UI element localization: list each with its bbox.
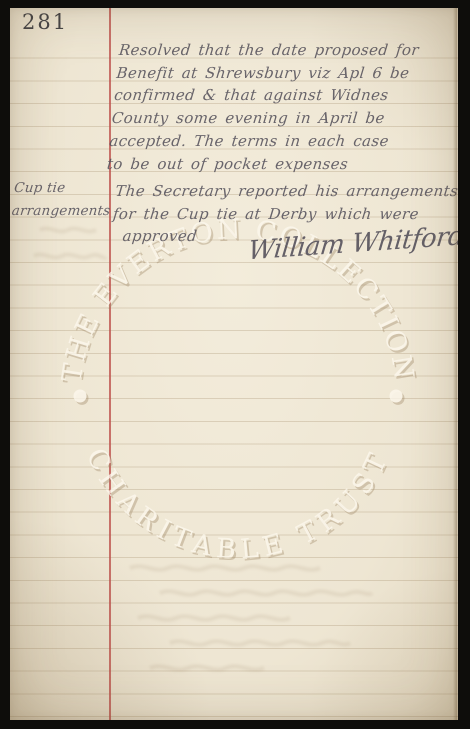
scan-black-frame: THE EVERTON COLLECTION CHARITABLE TRUST … <box>0 0 470 729</box>
seal-right-dot-icon <box>390 390 403 403</box>
red-margin-line <box>109 8 111 720</box>
page-number: 281 <box>22 10 68 34</box>
svg-text:CHARITABLE TRUST: CHARITABLE TRUST <box>82 446 398 568</box>
svg-text:CHARITABLE TRUST: CHARITABLE TRUST <box>80 444 396 566</box>
seal-left-dot-icon <box>74 390 87 403</box>
handwritten-line: for the Cup tie at Derby which were <box>112 203 444 226</box>
minute-entry-benefit-dates: Resolved that the date proposed for Bene… <box>106 39 450 175</box>
margin-note-line: Cup tie <box>13 177 115 200</box>
embossed-seal-text: THE EVERTON COLLECTION CHARITABLE TRUST … <box>56 214 421 568</box>
handwritten-line: Benefit at Shrewsbury viz Apl 6 be <box>115 62 447 85</box>
handwritten-line: Resolved that the date proposed for <box>118 39 450 62</box>
page-edge-shadow <box>453 8 457 720</box>
minute-book-page: THE EVERTON COLLECTION CHARITABLE TRUST … <box>10 8 458 720</box>
margin-note-line: arrangements <box>11 200 113 223</box>
margin-note-cup-tie: Cup tie arrangements <box>11 177 116 222</box>
ghost-showthrough-strokes <box>34 229 372 670</box>
seal-text-shadow: THE EVERTON COLLECTION CHARITABLE TRUST <box>58 216 421 568</box>
handwritten-line: accepted. The terms in each case <box>108 130 440 153</box>
seal-left-dot-icon <box>76 392 89 405</box>
handwritten-line: County some evening in April be <box>111 107 443 130</box>
handwritten-line: The Secretary reported his arrangements <box>114 180 446 203</box>
seal-right-dot-icon <box>392 392 405 405</box>
handwritten-line: confirmed & that against Widnes <box>113 84 445 107</box>
handwritten-line: to be out of pocket expenses <box>106 153 438 176</box>
